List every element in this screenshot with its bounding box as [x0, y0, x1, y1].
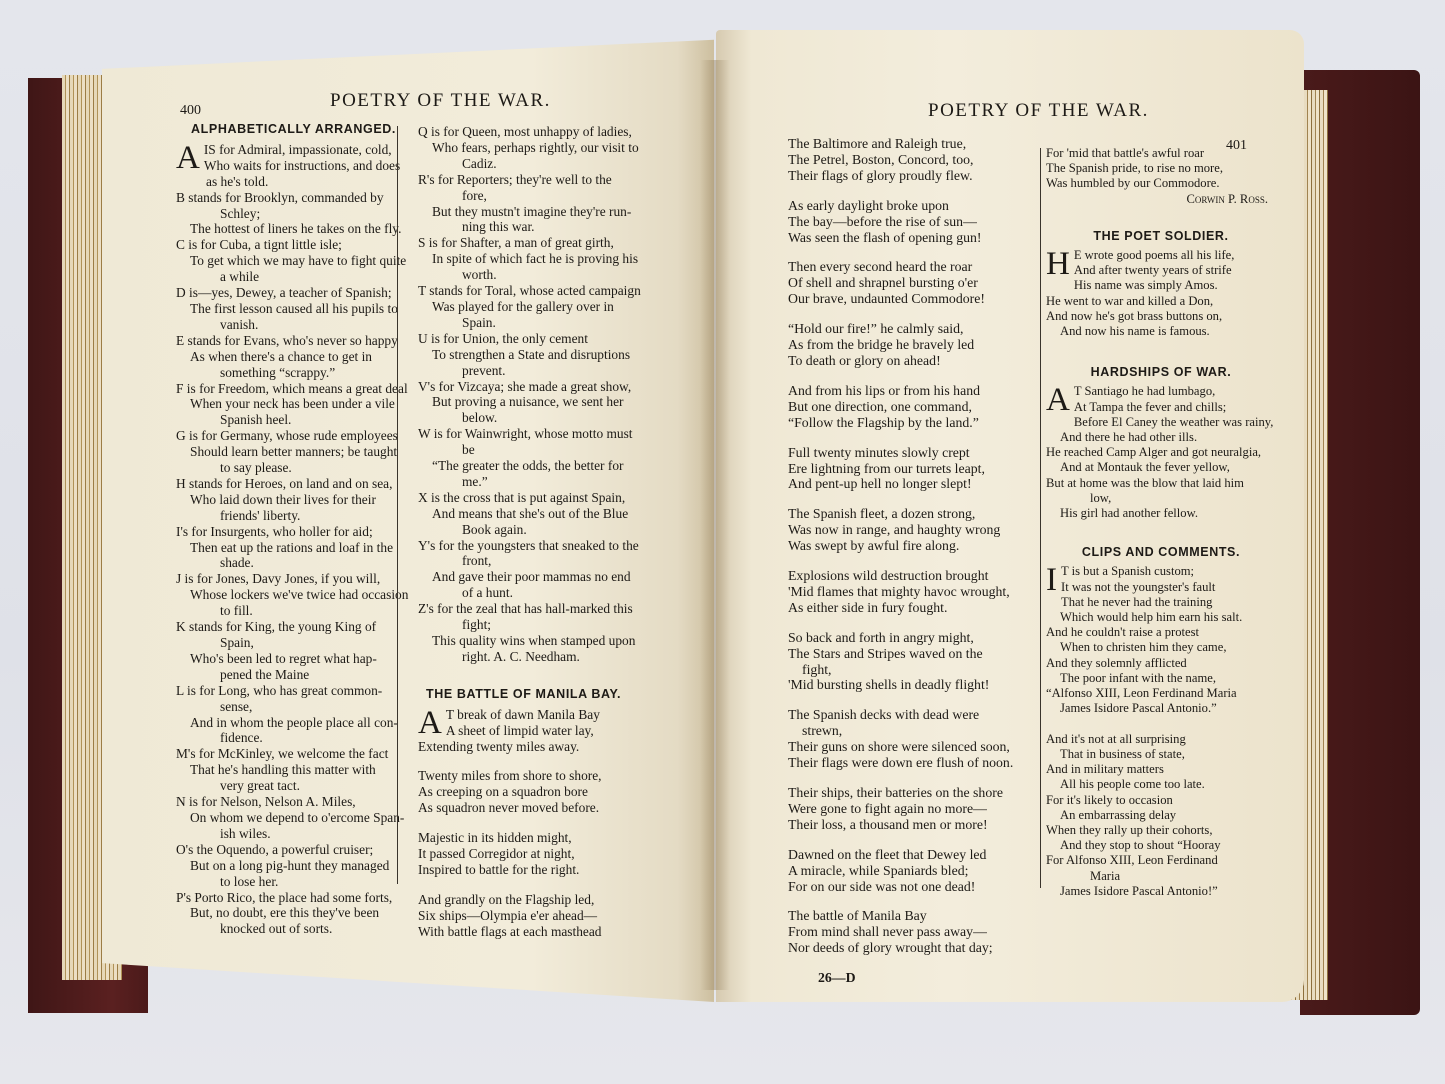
text-line: IS for Admiral, impassionate, cold,	[176, 142, 411, 158]
text-line: very great tact.	[176, 778, 411, 794]
text-line: “Follow the Flagship by the land.”	[788, 415, 1038, 431]
text-line: James Isidore Pascal Antonio!”	[1046, 884, 1276, 899]
running-head-left: POETRY OF THE WAR.	[330, 90, 551, 112]
text-line: “Hold our fire!” he calmly said,	[788, 321, 1038, 337]
text-line: But proving a nuisance, we sent her	[418, 394, 680, 410]
text-line: T is but a Spanish custom;	[1046, 564, 1276, 579]
text-line: And now his name is famous.	[1046, 324, 1276, 339]
text-line: fight;	[418, 617, 680, 633]
text-line: X is the cross that is put against Spain…	[418, 490, 680, 506]
stanza: Explosions wild destruction brought'Mid …	[788, 568, 1038, 616]
text-line: To death or glory on ahead!	[788, 353, 1038, 369]
text-line: As from the bridge he bravely led	[788, 337, 1038, 353]
text-line: And they stop to shout “Hooray	[1046, 838, 1276, 853]
text-line: as he's told.	[176, 174, 411, 190]
poem-stanzas: T break of dawn Manila BayA sheet of lim…	[418, 707, 680, 940]
text-line: The first lesson caused all his pupils t…	[176, 301, 411, 317]
text-line: Spanish heel.	[176, 412, 411, 428]
text-line: Who laid down their lives for their	[176, 492, 411, 508]
text-line: Was now in range, and haughty wrong	[788, 522, 1038, 538]
text-line: Q is for Queen, most unhappy of ladies,	[418, 124, 680, 140]
text-line: V's for Vizcaya; she made a great show,	[418, 379, 680, 395]
stanza: Their ships, their batteries on the shor…	[788, 785, 1038, 833]
text-line: R's for Reporters; they're well to the	[418, 172, 680, 188]
text-line: Was humbled by our Commodore.	[1046, 176, 1276, 191]
text-line: Was swept by awful fire along.	[788, 538, 1038, 554]
text-line: something “scrappy.”	[176, 365, 411, 381]
text-line: fore,	[418, 188, 680, 204]
drop-cap: A	[418, 708, 442, 738]
text-line: W is for Wainwright, whose motto must	[418, 426, 680, 442]
text-line: But at home was the blow that laid him	[1046, 476, 1276, 491]
text-line: Z's for the zeal that has hall-marked th…	[418, 601, 680, 617]
text-line: me.”	[418, 474, 680, 490]
text-line: An embarrassing delay	[1046, 808, 1276, 823]
stanza: Twenty miles from shore to shore,As cree…	[418, 768, 680, 816]
text-line: Cadiz.	[418, 156, 680, 172]
text-line: The Spanish decks with dead were	[788, 707, 1038, 723]
text-line: Their flags were down ere flush of noon.	[788, 755, 1038, 771]
text-line: B stands for Brooklyn, commanded by	[176, 190, 411, 206]
text-line: Before El Caney the weather was rainy,	[1046, 415, 1276, 430]
text-line: To strengthen a State and disruptions	[418, 347, 680, 363]
text-line: The poor infant with the name,	[1046, 671, 1276, 686]
text-line: T Santiago he had lumbago,	[1046, 384, 1276, 399]
poem-lines: E wrote good poems all his life,And afte…	[1046, 248, 1276, 339]
text-line: His girl had another fellow.	[1046, 506, 1276, 521]
text-line: And now he's got brass buttons on,	[1046, 309, 1276, 324]
text-line: G is for Germany, whose rude employees	[176, 428, 411, 444]
text-line: The Spanish fleet, a dozen strong,	[788, 506, 1038, 522]
text-line: As early daylight broke upon	[788, 198, 1038, 214]
text-line: fidence.	[176, 730, 411, 746]
drop-cap: I	[1046, 565, 1057, 595]
text-line: Inspired to battle for the right.	[418, 862, 680, 878]
poem-lines: IS for Admiral, impassionate, cold,Who w…	[176, 142, 411, 937]
text-line: At Tampa the fever and chills;	[1046, 400, 1276, 415]
text-line: Schley;	[176, 206, 411, 222]
book-gutter	[700, 60, 730, 990]
text-line: For Alfonso XIII, Leon Ferdinand	[1046, 853, 1276, 868]
text-line: And pent-up hell no longer slept!	[788, 476, 1038, 492]
running-head-right: POETRY OF THE WAR.	[928, 100, 1149, 122]
text-line	[1046, 717, 1276, 732]
text-line: Our brave, undaunted Commodore!	[788, 291, 1038, 307]
text-line: front,	[418, 553, 680, 569]
poem-title: ALPHABETICALLY ARRANGED.	[176, 122, 411, 138]
text-line: This quality wins when stamped upon	[418, 633, 680, 649]
text-line: That in business of state,	[1046, 747, 1276, 762]
text-line: All his people come too late.	[1046, 777, 1276, 792]
text-line: His name was simply Amos.	[1046, 278, 1276, 293]
page-number-left: 400	[180, 103, 201, 119]
text-line: For it's likely to occasion	[1046, 793, 1276, 808]
stanza: As early daylight broke uponThe bay—befo…	[788, 198, 1038, 246]
text-line: Their flags of glory proudly flew.	[788, 168, 1038, 184]
text-line: And he couldn't raise a protest	[1046, 625, 1276, 640]
text-line: But, no doubt, ere this they've been	[176, 905, 411, 921]
text-line: The bay—before the rise of sun—	[788, 214, 1038, 230]
text-line: Should learn better manners; be taught	[176, 444, 411, 460]
text-line: When they rally up their cohorts,	[1046, 823, 1276, 838]
text-line: With battle flags at each masthead	[418, 924, 680, 940]
poem-stanzas: The Baltimore and Raleigh true,The Petre…	[788, 136, 1038, 956]
text-line: knocked out of sorts.	[176, 921, 411, 937]
text-line: He reached Camp Alger and got neuralgia,	[1046, 445, 1276, 460]
text-line: shade.	[176, 555, 411, 571]
left-column-2: Q is for Queen, most unhappy of ladies,W…	[418, 124, 680, 954]
column-rule-right	[1040, 148, 1041, 888]
text-line: And in military matters	[1046, 762, 1276, 777]
text-line: Extending twenty miles away.	[418, 739, 680, 755]
drop-cap: A	[176, 143, 200, 173]
text-line: And it's not at all surprising	[1046, 732, 1276, 747]
text-line: Maria	[1046, 869, 1276, 884]
text-line: The battle of Manila Bay	[788, 908, 1038, 924]
text-line: And grandly on the Flagship led,	[418, 892, 680, 908]
text-line: to fill.	[176, 603, 411, 619]
text-line: Were gone to fight again no more—	[788, 801, 1038, 817]
text-line: E wrote good poems all his life,	[1046, 248, 1276, 263]
text-line: But they mustn't imagine they're run-	[418, 204, 680, 220]
text-line: When to christen him they came,	[1046, 640, 1276, 655]
text-line: That he never had the training	[1046, 595, 1276, 610]
text-line: But one direction, one command,	[788, 399, 1038, 415]
text-line: Spain,	[176, 635, 411, 651]
text-line: low,	[1046, 491, 1276, 506]
text-line: “Alfonso XIII, Leon Ferdinand Maria	[1046, 686, 1276, 701]
text-line: O's the Oquendo, a powerful cruiser;	[176, 842, 411, 858]
text-line: C is for Cuba, a tignt little isle;	[176, 237, 411, 253]
stanza: Then every second heard the roarOf shell…	[788, 259, 1038, 307]
stanza: Dawned on the fleet that Dewey ledA mira…	[788, 847, 1038, 895]
text-line: I's for Insurgents, who holler for aid;	[176, 524, 411, 540]
text-line: U is for Union, the only cement	[418, 331, 680, 347]
text-line: He went to war and killed a Don,	[1046, 294, 1276, 309]
right-column-1: The Baltimore and Raleigh true,The Petre…	[788, 136, 1038, 986]
text-line: Which would help him earn his salt.	[1046, 610, 1276, 625]
text-line: Their guns on shore were silenced soon,	[788, 739, 1038, 755]
text-line: It was not the youngster's fault	[1046, 580, 1276, 595]
text-line: And in whom the people place all con-	[176, 715, 411, 731]
text-line: And at Montauk the fever yellow,	[1046, 460, 1276, 475]
text-line: As when there's a chance to get in	[176, 349, 411, 365]
text-line: When your neck has been under a vile	[176, 396, 411, 412]
text-line: As squadron never moved before.	[418, 800, 680, 816]
stanza: “Hold our fire!” he calmly said,As from …	[788, 321, 1038, 369]
stanza: The Baltimore and Raleigh true,The Petre…	[788, 136, 1038, 184]
text-line: be	[418, 442, 680, 458]
text-line: Their loss, a thousand men or more!	[788, 817, 1038, 833]
text-line: That he's handling this matter with	[176, 762, 411, 778]
text-line: J is for Jones, Davy Jones, if you will,	[176, 571, 411, 587]
text-line: sense,	[176, 699, 411, 715]
text-line: ning this war.	[418, 219, 680, 235]
text-line: And gave their poor mammas no end	[418, 569, 680, 585]
text-line: Their ships, their batteries on the shor…	[788, 785, 1038, 801]
text-line: And there he had other ills.	[1046, 430, 1276, 445]
text-line: Explosions wild destruction brought	[788, 568, 1038, 584]
text-line: friends' liberty.	[176, 508, 411, 524]
text-line: Spain.	[418, 315, 680, 331]
stanza: Majestic in its hidden might,It passed C…	[418, 830, 680, 878]
text-line: T stands for Toral, whose acted campaign	[418, 283, 680, 299]
text-line: K stands for King, the young King of	[176, 619, 411, 635]
text-line: strewn,	[788, 723, 1038, 739]
text-line: And means that she's out of the Blue	[418, 506, 680, 522]
text-line: F is for Freedom, which means a great de…	[176, 381, 411, 397]
drop-cap: H	[1046, 249, 1070, 279]
text-line: prevent.	[418, 363, 680, 379]
stanza: And grandly on the Flagship led,Six ship…	[418, 892, 680, 940]
text-line: Nor deeds of glory wrought that day;	[788, 940, 1038, 956]
stanza: So back and forth in angry might,The Sta…	[788, 630, 1038, 694]
text-line: Book again.	[418, 522, 680, 538]
text-line: A miracle, while Spaniards bled;	[788, 863, 1038, 879]
text-line: The Stars and Stripes waved on the	[788, 646, 1038, 662]
text-line: Dawned on the fleet that Dewey led	[788, 847, 1038, 863]
poem-lines: T is but a Spanish custom;It was not the…	[1046, 564, 1276, 898]
text-line: E stands for Evans, who's never so happy	[176, 333, 411, 349]
text-line: Majestic in its hidden might,	[418, 830, 680, 846]
text-line: So back and forth in angry might,	[788, 630, 1038, 646]
text-line: And from his lips or from his hand	[788, 383, 1038, 399]
text-line: From mind shall never pass away—	[788, 924, 1038, 940]
text-line: Who fears, perhaps rightly, our visit to	[418, 140, 680, 156]
text-line: Was played for the gallery over in	[418, 299, 680, 315]
text-line: Of shell and shrapnel bursting o'er	[788, 275, 1038, 291]
stanza: The Spanish fleet, a dozen strong,Was no…	[788, 506, 1038, 554]
text-line: Full twenty minutes slowly crept	[788, 445, 1038, 461]
text-line: ish wiles.	[176, 826, 411, 842]
text-line: Six ships—Olympia e'er ahead—	[418, 908, 680, 924]
text-line: The Baltimore and Raleigh true,	[788, 136, 1038, 152]
text-line: 'Mid bursting shells in deadly flight!	[788, 677, 1038, 693]
text-line: pened the Maine	[176, 667, 411, 683]
text-line: The hottest of liners he takes on the fl…	[176, 221, 411, 237]
text-line: below.	[418, 410, 680, 426]
text-line: 'Mid flames that mighty havoc wrought,	[788, 584, 1038, 600]
stanza: Full twenty minutes slowly creptEre ligh…	[788, 445, 1038, 493]
text-line: vanish.	[176, 317, 411, 333]
author-byline: Corwin P. Ross.	[1046, 192, 1276, 207]
text-line: As creeping on a squadron bore	[418, 784, 680, 800]
drop-cap: A	[1046, 385, 1070, 415]
text-line: a while	[176, 269, 411, 285]
text-line: Y's for the youngsters that sneaked to t…	[418, 538, 680, 554]
text-line: Twenty miles from shore to shore,	[418, 768, 680, 784]
text-line: In spite of which fact he is proving his	[418, 251, 680, 267]
poem-lines: T Santiago he had lumbago,At Tampa the f…	[1046, 384, 1276, 521]
poem-title: CLIPS AND COMMENTS.	[1046, 545, 1276, 560]
left-column-1: ALPHABETICALLY ARRANGED. A IS for Admira…	[176, 122, 411, 937]
text-line: “The greater the odds, the better for	[418, 458, 680, 474]
text-line: Was seen the flash of opening gun!	[788, 230, 1038, 246]
stanza: The Spanish decks with dead werestrewn,T…	[788, 707, 1038, 771]
column-rule-left	[397, 126, 398, 884]
text-line: right. A. C. Needham.	[418, 649, 680, 665]
text-line: As either side in fury fought.	[788, 600, 1038, 616]
text-line: And after twenty years of strife	[1046, 263, 1276, 278]
text-line: L is for Long, who has great common-	[176, 683, 411, 699]
text-line: For on our side was not one dead!	[788, 879, 1038, 895]
text-line: The Spanish pride, to rise no more,	[1046, 161, 1276, 176]
text-line: But on a long pig-hunt they managed	[176, 858, 411, 874]
text-line: Whose lockers we've twice had occasion	[176, 587, 411, 603]
text-line: And they solemnly afflicted	[1046, 656, 1276, 671]
signature-mark: 26—D	[788, 970, 1038, 986]
text-line: T break of dawn Manila Bay	[418, 707, 680, 723]
text-line: to say please.	[176, 460, 411, 476]
text-line: Who waits for instructions, and does	[176, 158, 411, 174]
text-line: On whom we depend to o'ercome Span-	[176, 810, 411, 826]
text-line: D is—yes, Dewey, a teacher of Spanish;	[176, 285, 411, 301]
stanza: T break of dawn Manila BayA sheet of lim…	[418, 707, 680, 755]
text-line: H stands for Heroes, on land and on sea,	[176, 476, 411, 492]
text-line: Who's been led to regret what hap-	[176, 651, 411, 667]
right-column-2: For 'mid that battle's awful roarThe Spa…	[1046, 146, 1276, 899]
poem-title: THE POET SOLDIER.	[1046, 229, 1276, 244]
text-line: fight,	[788, 662, 1038, 678]
text-line: James Isidore Pascal Antonio.”	[1046, 701, 1276, 716]
text-line: N is for Nelson, Nelson A. Miles,	[176, 794, 411, 810]
text-line: To get which we may have to fight quite	[176, 253, 411, 269]
text-line: For 'mid that battle's awful roar	[1046, 146, 1276, 161]
poem-lines: Q is for Queen, most unhappy of ladies,W…	[418, 124, 680, 665]
poem-title: HARDSHIPS OF WAR.	[1046, 365, 1276, 380]
stanza: The battle of Manila BayFrom mind shall …	[788, 908, 1038, 956]
text-line: P's Porto Rico, the place had some forts…	[176, 890, 411, 906]
text-line: of a hunt.	[418, 585, 680, 601]
text-line: Then eat up the rations and loaf in the	[176, 540, 411, 556]
text-line: S is for Shafter, a man of great girth,	[418, 235, 680, 251]
poem-lines: For 'mid that battle's awful roarThe Spa…	[1046, 146, 1276, 192]
poem-title: THE BATTLE OF MANILA BAY.	[418, 687, 680, 703]
text-line: A sheet of limpid water lay,	[418, 723, 680, 739]
stanza: And from his lips or from his handBut on…	[788, 383, 1038, 431]
text-line: to lose her.	[176, 874, 411, 890]
text-line: Then every second heard the roar	[788, 259, 1038, 275]
text-line: Ere lightning from our turrets leapt,	[788, 461, 1038, 477]
text-line: The Petrel, Boston, Concord, too,	[788, 152, 1038, 168]
text-line: worth.	[418, 267, 680, 283]
text-line: It passed Corregidor at night,	[418, 846, 680, 862]
text-line: M's for McKinley, we welcome the fact	[176, 746, 411, 762]
